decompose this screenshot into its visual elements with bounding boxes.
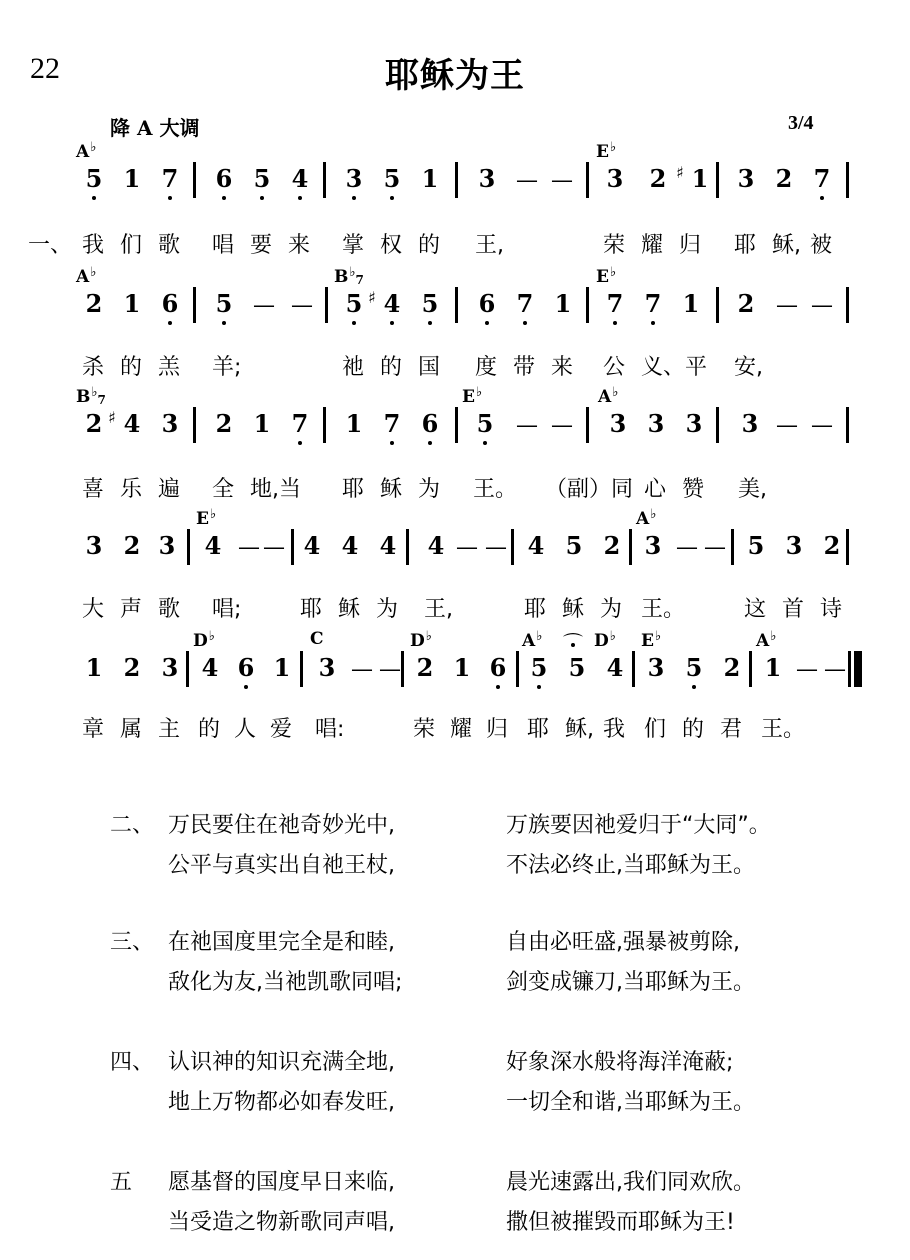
verse-line-left: 敌化为友,当祂凯歌同唱; (168, 965, 402, 996)
lyric-syllable: 王。 (473, 472, 517, 503)
verse-line-left: 公平与真实出自祂王杖, (168, 848, 395, 879)
verse-line-right: 自由必旺盛,强暴被剪除, (506, 925, 740, 956)
lyric-syllable: 这 (744, 592, 766, 623)
final-barline-thin (848, 651, 851, 687)
note: 5 (682, 655, 706, 681)
lower-octave-dot (352, 321, 356, 325)
lower-octave-dot (390, 441, 394, 445)
note: 6 (234, 655, 258, 681)
lower-octave-dot (168, 196, 172, 200)
barline (586, 407, 589, 443)
barline (846, 529, 849, 565)
fermata-icon: ⌒ (563, 627, 583, 656)
note: 2 (212, 411, 236, 437)
lower-octave-dot (651, 321, 655, 325)
lower-octave-dot (820, 196, 824, 200)
note: 5 (744, 533, 768, 559)
extension-dash: — (703, 533, 727, 561)
lyric-syllable: 赞 (682, 472, 704, 503)
note: 3 (315, 655, 339, 681)
lyric-syllable: 的 (418, 228, 440, 259)
lower-octave-dot (428, 321, 432, 325)
verse-line-left: 在祂国度里完全是和睦, (168, 925, 395, 956)
lyric-syllable: 为 (418, 472, 440, 503)
verse-line-right: 剑变成镰刀,当耶稣为王。 (506, 965, 755, 996)
verse-number: 二、 (110, 808, 154, 839)
lower-octave-dot (523, 321, 527, 325)
barline (846, 287, 849, 323)
barline (325, 287, 328, 323)
extension-dash: — (252, 291, 276, 319)
lyric-syllable: 全 (212, 472, 234, 503)
extension-dash: — (550, 411, 574, 439)
lower-octave-dot (537, 685, 541, 689)
lower-octave-dot (352, 196, 356, 200)
lower-octave-dot (222, 321, 226, 325)
extension-dash: — (795, 655, 819, 683)
lyric-syllable: 稣, (772, 228, 801, 259)
barline (323, 162, 326, 198)
extension-dash: — (290, 291, 314, 319)
verse-line-right: 万族要因祂爱归于“大同”。 (506, 808, 771, 839)
verse-line-left: 地上万物都必如春发旺, (168, 1085, 395, 1116)
chord-symbol: A♭ (756, 629, 776, 651)
chord-symbol: A♭ (76, 140, 96, 162)
key-signature: 降 A 大调 (110, 112, 199, 141)
barline (187, 529, 190, 565)
chord-symbol: D♭ (594, 629, 616, 651)
note: 4 (376, 533, 400, 559)
fermata-dot (571, 643, 575, 647)
barline (632, 651, 635, 687)
lyric-syllable: 们 (120, 228, 142, 259)
barline (323, 407, 326, 443)
barline (716, 162, 719, 198)
verse-line-left: 愿基督的国度早日来临, (168, 1165, 395, 1196)
barline (193, 287, 196, 323)
chord-symbol: B♭7 (334, 265, 364, 287)
lyric-syllable: 们 (644, 712, 666, 743)
lyric-syllable: 为 (376, 592, 398, 623)
lyric-syllable: 来 (288, 228, 310, 259)
note: 1♯ (688, 166, 712, 192)
lyric-syllable: 君 (720, 712, 742, 743)
chord-symbol: E♭ (596, 265, 616, 287)
barline (291, 529, 294, 565)
note: 3 (155, 533, 179, 559)
lyric-syllable: 人 (234, 712, 256, 743)
note: 5 (527, 655, 551, 681)
lyric-line: 大声歌唱;耶稣为王,耶稣为王。这首诗 (0, 592, 910, 628)
verse-line-left: 当受造之物新歌同声唱, (168, 1205, 395, 1236)
lyric-syllable: 我 (603, 712, 625, 743)
lyric-syllable: 归 (486, 712, 508, 743)
lyric-syllable: 乐 (120, 472, 142, 503)
barline (401, 651, 404, 687)
note: 2 (820, 533, 844, 559)
chord-symbol: E♭ (596, 140, 616, 162)
note: 1 (270, 655, 294, 681)
final-barline-thick (854, 651, 862, 687)
barline (716, 407, 719, 443)
lyric-syllable: 稣, (565, 712, 594, 743)
note: 3 (738, 411, 762, 437)
lyric-syllable: 归 (679, 228, 701, 259)
note: 4 (300, 533, 324, 559)
lyric-syllable: 公 (603, 350, 625, 381)
lyric-syllable: 主 (158, 712, 180, 743)
note: 5 (380, 166, 404, 192)
chord-symbol: A♭ (522, 629, 542, 651)
lyric-line: 章属主的人爱唱:荣耀归耶稣,我们的君王。 (0, 712, 910, 748)
note: 7 (288, 411, 312, 437)
chord-symbol: A♭ (636, 507, 656, 529)
note: 3 (682, 411, 706, 437)
note: 3 (644, 411, 668, 437)
barline (455, 287, 458, 323)
verse-line-right: 好象深水般将海洋淹蔽; (506, 1045, 733, 1076)
lyric-syllable: 耀 (641, 228, 663, 259)
note: 6 (212, 166, 236, 192)
lyric-syllable: 美, (738, 472, 767, 503)
lower-octave-dot (260, 196, 264, 200)
barline (511, 529, 514, 565)
note: 5 (565, 655, 589, 681)
extension-dash: — (262, 533, 286, 561)
lyric-syllable: 度 (475, 350, 497, 381)
lower-octave-dot (92, 196, 96, 200)
note: 3 (603, 166, 627, 192)
lyric-syllable: 王。 (761, 712, 805, 743)
note: 6 (158, 291, 182, 317)
extension-dash: — (810, 291, 834, 319)
note: 3 (782, 533, 806, 559)
barline (846, 162, 849, 198)
verse-number: 四、 (110, 1045, 154, 1076)
lyric-syllable: 耶 (527, 712, 549, 743)
lyric-syllable: 义、平 (641, 350, 707, 381)
lower-octave-dot (390, 196, 394, 200)
verse-line-right: 晨光速露出,我们同欢欣。 (506, 1165, 755, 1196)
chord-symbol: A♭ (76, 265, 96, 287)
note: 6 (475, 291, 499, 317)
lyric-syllable: 一、 (28, 228, 72, 259)
lyric-syllable: 王, (424, 592, 453, 623)
note: 5 (473, 411, 497, 437)
chord-symbol: A♭ (598, 385, 618, 407)
sharp-icon: ♯ (108, 405, 116, 431)
lyric-syllable: 属 (120, 712, 142, 743)
note: 2 (120, 655, 144, 681)
barline (300, 651, 303, 687)
lower-octave-dot (692, 685, 696, 689)
time-signature: 3/4 (788, 112, 814, 135)
lyric-syllable: 耶 (342, 472, 364, 503)
lyric-syllable: 稣 (338, 592, 360, 623)
barline (193, 162, 196, 198)
lyric-syllable: 羔 (158, 350, 180, 381)
note: 5 (562, 533, 586, 559)
lower-octave-dot (613, 321, 617, 325)
lower-octave-dot (428, 441, 432, 445)
lyric-syllable: 荣 (413, 712, 435, 743)
note: 4 (424, 533, 448, 559)
lower-octave-dot (244, 685, 248, 689)
note: 5 (212, 291, 236, 317)
lyric-syllable: 的 (120, 350, 142, 381)
lyric-syllable: 的 (682, 712, 704, 743)
note: 7 (380, 411, 404, 437)
note: 2 (720, 655, 744, 681)
note: 7 (641, 291, 665, 317)
note: 7 (513, 291, 537, 317)
lyric-syllable: 王。 (641, 592, 685, 623)
barline (516, 651, 519, 687)
lyric-line: 杀的羔羊;祂的国度带来公义、平安, (0, 350, 910, 386)
extension-dash: — (237, 533, 261, 561)
extension-dash: — (810, 411, 834, 439)
chord-symbol: D♭ (193, 629, 215, 651)
note: 1 (761, 655, 785, 681)
note: 4♯ (120, 411, 144, 437)
note: 7 (810, 166, 834, 192)
lyric-syllable: 荣 (603, 228, 625, 259)
lyric-syllable: 唱; (212, 592, 241, 623)
lyric-syllable: 耶 (524, 592, 546, 623)
lower-octave-dot (222, 196, 226, 200)
lyric-syllable: 耀 (450, 712, 472, 743)
note: 3 (606, 411, 630, 437)
note: 1 (418, 166, 442, 192)
lower-octave-dot (298, 196, 302, 200)
extension-dash: — (823, 655, 847, 683)
lyric-syllable: 安, (734, 350, 763, 381)
lyric-line: 一、我们歌唱要来掌权的王,荣耀归耶稣,被 (0, 228, 910, 264)
barline (716, 287, 719, 323)
lyric-syllable: 爱 (270, 712, 292, 743)
note: 2 (82, 291, 106, 317)
lyric-syllable: 带 (513, 350, 535, 381)
extension-dash: — (675, 533, 699, 561)
note: 2 (120, 533, 144, 559)
note: 3 (644, 655, 668, 681)
chord-symbol: E♭ (641, 629, 661, 651)
note: 1 (120, 291, 144, 317)
lyric-syllable: 为 (600, 592, 622, 623)
lyric-syllable: 声 (120, 592, 142, 623)
note: 1 (250, 411, 274, 437)
sharp-icon: ♯ (676, 160, 684, 186)
extension-dash: — (515, 166, 539, 194)
note: 1 (450, 655, 474, 681)
lyric-syllable: 我 (82, 228, 104, 259)
lyric-syllable: 地,当 (250, 472, 301, 503)
note: 6 (486, 655, 510, 681)
extension-dash: — (775, 411, 799, 439)
extension-dash: — (378, 655, 402, 683)
note: 6 (418, 411, 442, 437)
note: 4 (288, 166, 312, 192)
extension-dash: — (550, 166, 574, 194)
lyric-syllable: 稣 (380, 472, 402, 503)
note: 7 (603, 291, 627, 317)
note: 3 (734, 166, 758, 192)
note: 2 (646, 166, 670, 192)
lyric-syllable: 来 (551, 350, 573, 381)
note: 1 (551, 291, 575, 317)
lyric-syllable: 王, (475, 228, 504, 259)
lower-octave-dot (298, 441, 302, 445)
note: 2 (772, 166, 796, 192)
extension-dash: — (775, 291, 799, 319)
note: 1 (120, 166, 144, 192)
barline (629, 529, 632, 565)
barline (406, 529, 409, 565)
lyric-syllable: 耶 (300, 592, 322, 623)
note: 4 (198, 655, 222, 681)
barline (731, 529, 734, 565)
lyric-syllable: 权 (380, 228, 402, 259)
note: 2 (82, 411, 106, 437)
chord-symbol: E♭ (196, 507, 216, 529)
note: 4 (603, 655, 627, 681)
note: 3 (342, 166, 366, 192)
note: 3 (158, 411, 182, 437)
lyric-syllable: 喜 (82, 472, 104, 503)
note: 5 (342, 291, 366, 317)
barline (846, 407, 849, 443)
note: 2 (413, 655, 437, 681)
lyric-line: 喜乐遍全地,当耶稣为王。（副）同心赞美, (0, 472, 910, 508)
note: 3 (475, 166, 499, 192)
lower-octave-dot (168, 321, 172, 325)
lyric-syllable: 诗 (820, 592, 842, 623)
extension-dash: — (350, 655, 374, 683)
lower-octave-dot (485, 321, 489, 325)
note: 4 (201, 533, 225, 559)
lyric-syllable: 国 (418, 350, 440, 381)
lyric-syllable: 要 (250, 228, 272, 259)
note: 3 (82, 533, 106, 559)
barline (586, 162, 589, 198)
lyric-syllable: 歌 (158, 592, 180, 623)
verse-number: 三、 (110, 925, 154, 956)
lyric-syllable: 唱: (315, 712, 344, 743)
chord-symbol: B♭7 (76, 385, 106, 407)
lyric-syllable: 歌 (158, 228, 180, 259)
lyric-syllable: 大 (82, 592, 104, 623)
chord-symbol: C (310, 629, 324, 649)
lyric-syllable: 首 (782, 592, 804, 623)
song-title: 耶稣为王 (0, 48, 910, 97)
barline (455, 407, 458, 443)
lyric-syllable: 的 (198, 712, 220, 743)
lyric-syllable: 掌 (342, 228, 364, 259)
sharp-icon: ♯ (368, 285, 376, 311)
verse-line-right: 一切全和谐,当耶稣为王。 (506, 1085, 755, 1116)
verse-line-left: 万民要住在祂奇妙光中, (168, 808, 395, 839)
note: 4 (338, 533, 362, 559)
lower-octave-dot (390, 321, 394, 325)
note: 4 (524, 533, 548, 559)
lyric-syllable: 章 (82, 712, 104, 743)
lyric-syllable: 杀 (82, 350, 104, 381)
lyric-syllable: （副）同 (545, 472, 633, 503)
extension-dash: — (515, 411, 539, 439)
note: 5 (418, 291, 442, 317)
barline (586, 287, 589, 323)
note: 2 (734, 291, 758, 317)
lyric-syllable: 的 (380, 350, 402, 381)
note: 3 (158, 655, 182, 681)
barline (455, 162, 458, 198)
chord-symbol: E♭ (462, 385, 482, 407)
lyric-syllable: 心 (644, 472, 666, 503)
verse-line-right: 撒但被摧毁而耶稣为王! (506, 1205, 735, 1236)
note: 1 (342, 411, 366, 437)
lower-octave-dot (496, 685, 500, 689)
lyric-syllable: 被 (810, 228, 832, 259)
note: 5 (250, 166, 274, 192)
lyric-syllable: 遍 (158, 472, 180, 503)
barline (749, 651, 752, 687)
lyric-syllable: 羊; (212, 350, 241, 381)
chord-symbol: D♭ (410, 629, 432, 651)
note: 3 (641, 533, 665, 559)
lyric-syllable: 唱 (212, 228, 234, 259)
barline (186, 651, 189, 687)
note: 5 (82, 166, 106, 192)
lower-octave-dot (483, 441, 487, 445)
lyric-syllable: 稣 (562, 592, 584, 623)
note: 1 (679, 291, 703, 317)
note: 2 (600, 533, 624, 559)
lyric-syllable: 耶 (734, 228, 756, 259)
verse-line-right: 不法必终止,当耶稣为王。 (506, 848, 755, 879)
extension-dash: — (455, 533, 479, 561)
barline (193, 407, 196, 443)
note: 4♯ (380, 291, 404, 317)
extension-dash: — (484, 533, 508, 561)
note: 1 (82, 655, 106, 681)
lyric-syllable: 祂 (342, 350, 364, 381)
note: 7 (158, 166, 182, 192)
verse-line-left: 认识神的知识充满全地, (168, 1045, 395, 1076)
verse-number: 五 (110, 1165, 132, 1196)
